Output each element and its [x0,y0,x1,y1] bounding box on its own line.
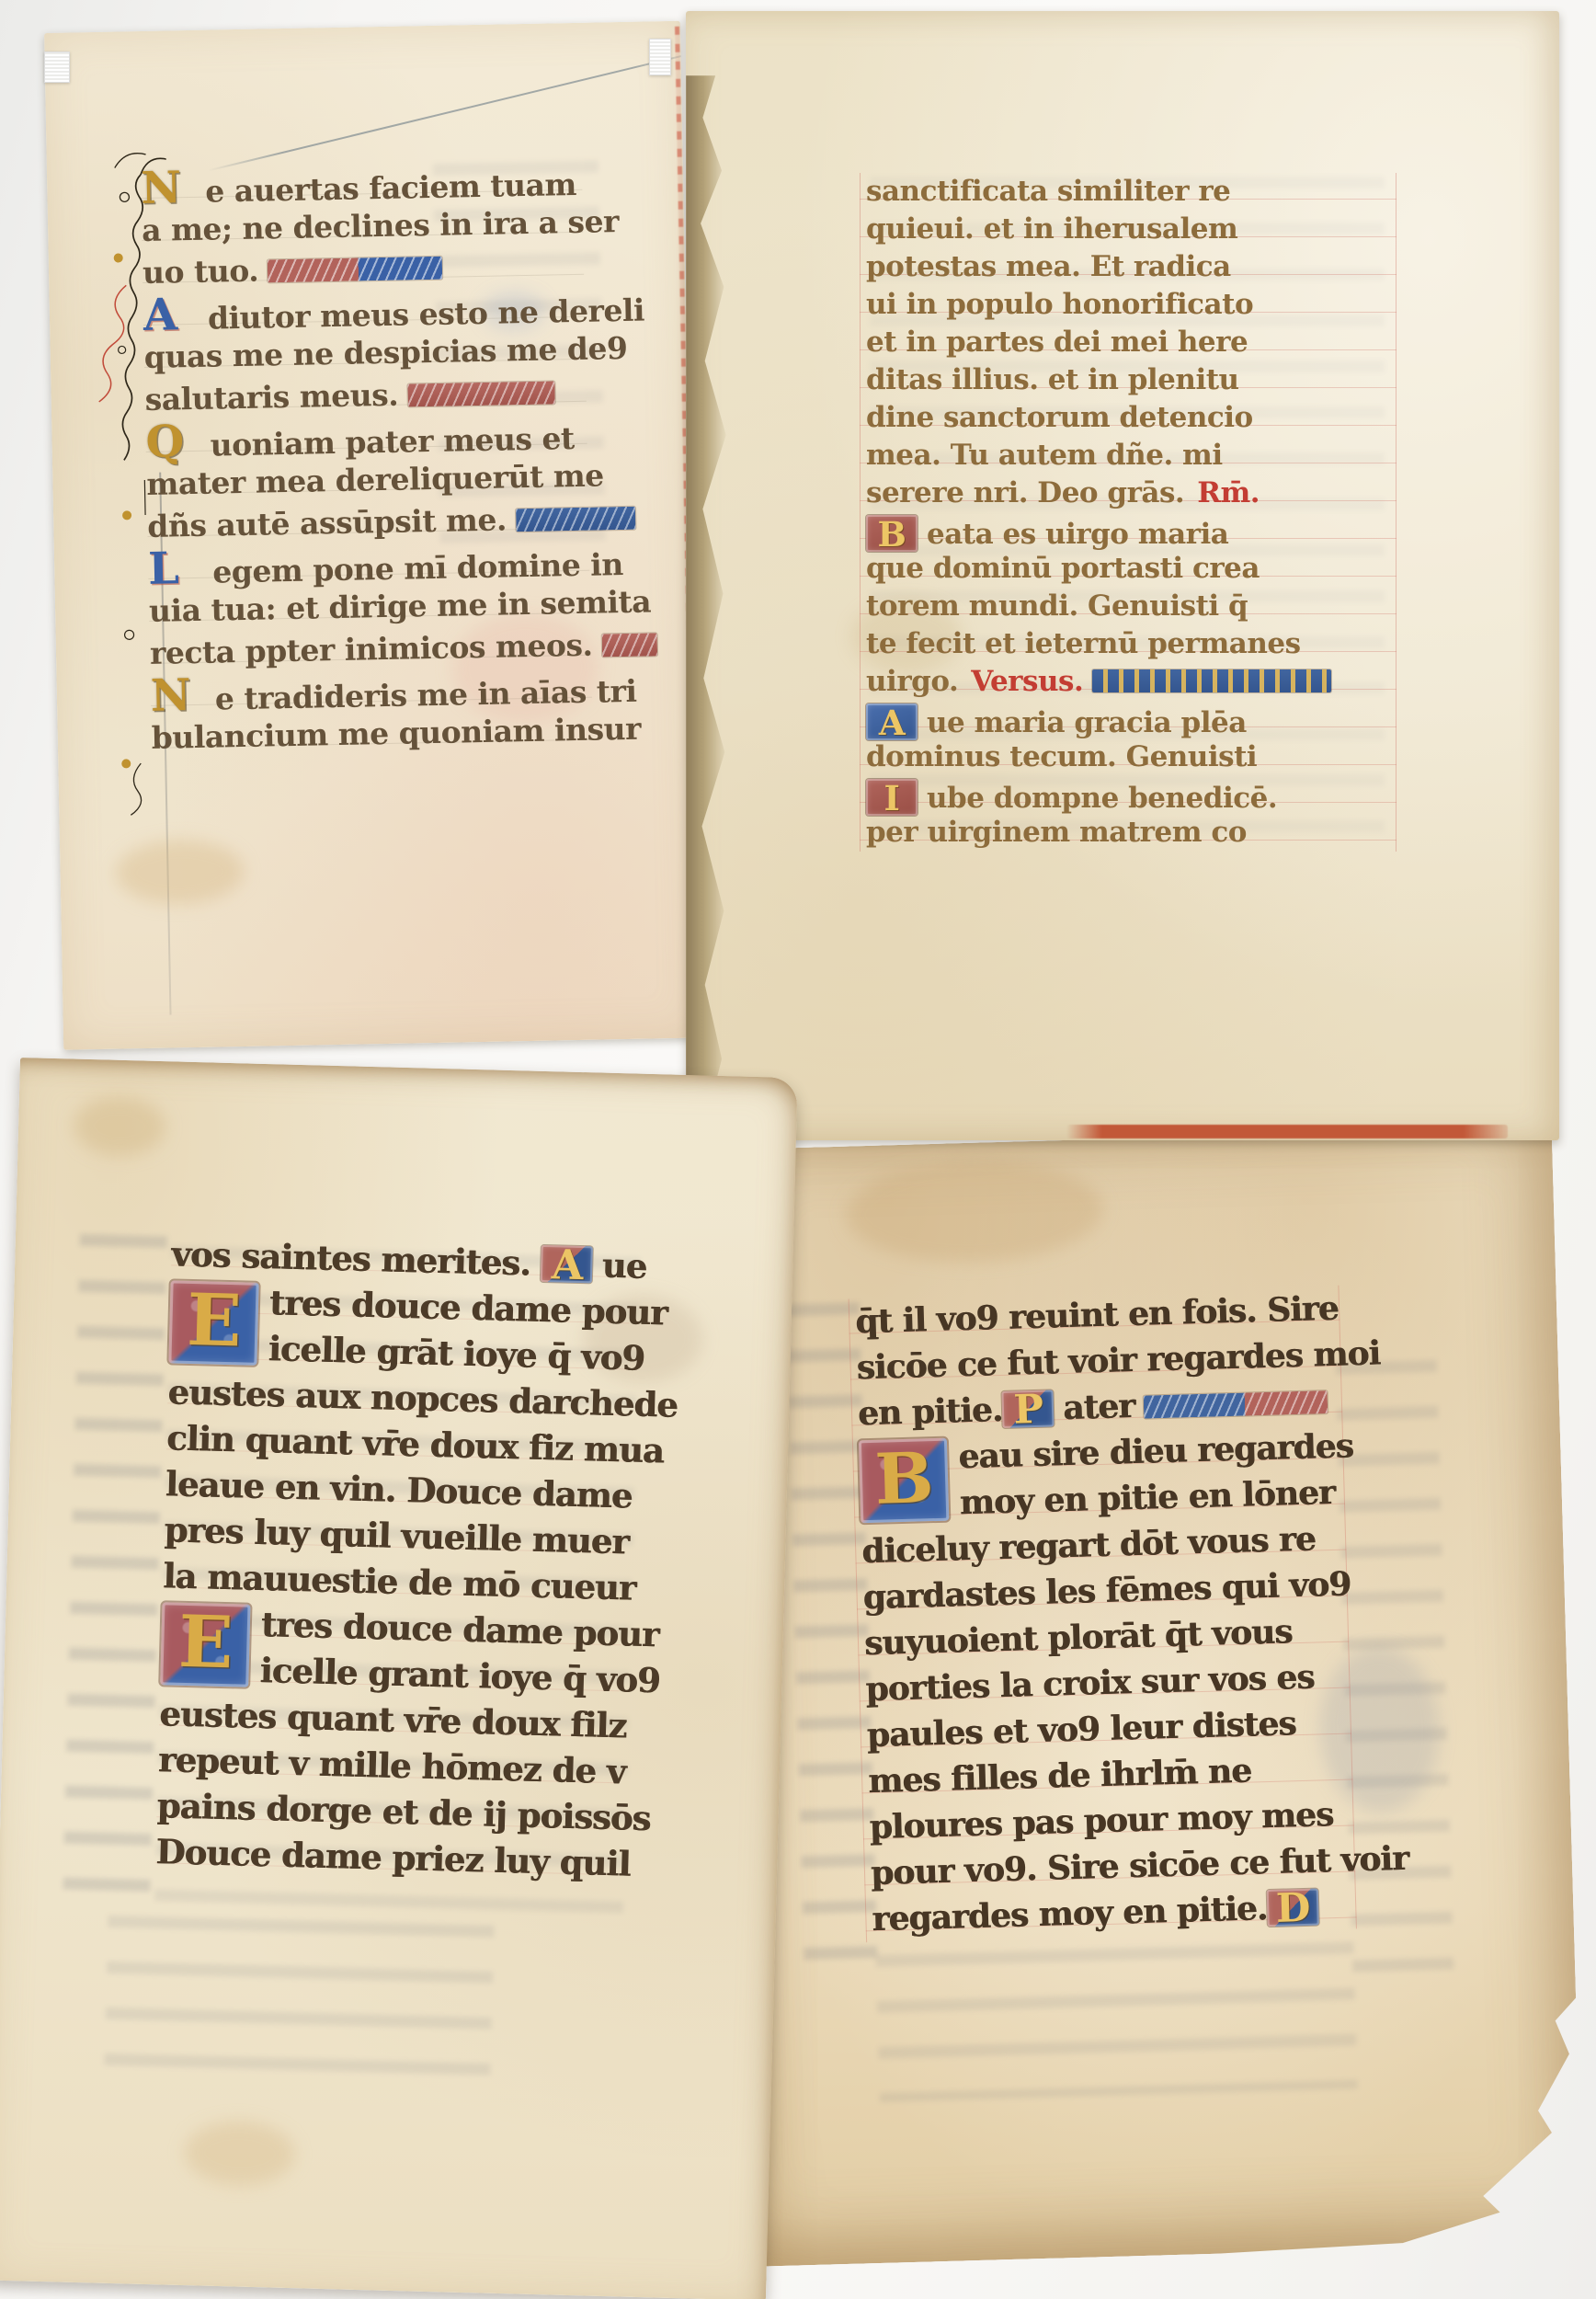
manuscript-text: ditas illius. et in plenitu [866,363,1239,396]
manuscript-text: a me; ne declines in ira a ser [142,203,620,248]
manuscript-text: ue [601,1245,647,1287]
manuscript-text: ube dompne benedicē. [927,782,1277,815]
text-line: Aue maria gracia plēa [866,701,1390,738]
text-line: ditas illius. et in plenitu [866,361,1390,399]
manuscript-leaf-top-left: Ne auertas faciem tuama me; ne declines … [44,21,700,1050]
manuscript-text: mes filles de ihrlm̄ ne [868,1752,1252,1801]
stray-thread [208,49,700,172]
text-line: uirgo.Versus. [866,663,1390,701]
manuscript-text: icelle grāt ioye q̄ vo9 [268,1328,644,1378]
manuscript-text: uirgo. [866,665,958,698]
manuscript-text: quieui. et in iherusalem [866,212,1237,246]
manuscript-text: mea. Tu autem dñe. mi [866,439,1223,472]
stain [845,1158,1105,1266]
line-filler [268,256,442,282]
manuscript-text: eata es uirgo maria [927,518,1228,551]
manuscript-text: moy en pitie en lōner [959,1473,1335,1522]
manuscript-text: que dominū portasti crea [866,552,1260,585]
illuminated-initial: N [150,674,215,717]
manuscript-text: suyuoient plorāt q̄t vous [863,1612,1292,1663]
manuscript-text: dominus tecum. Genuisti [866,740,1257,773]
manuscript-text: salutaris meus. [144,377,398,417]
leaf2-textblock: sanctificata similiter requieui. et in i… [860,173,1396,852]
manuscript-text: paules et vo9 leur distes [866,1704,1296,1755]
manuscript-text: potestas mea. Et radica [866,250,1231,283]
stain [184,2120,296,2187]
red-stained-bottom-edge [1066,1125,1508,1138]
text-line: ui in populo honorificato [866,286,1390,324]
manuscript-text: mater mea dereliquerūt me [146,457,604,502]
manuscript-text: per uirginem matrem co [866,816,1247,849]
manuscript-leaf-top-right: sanctificata similiter requieui. et in i… [686,11,1559,1140]
text-line: que dominū portasti crea [866,550,1390,588]
leaf3-textblock: vos saintes merites. AueEtres douce dame… [155,1230,632,1886]
manuscript-text: recta ppter inimicos meos. [150,627,593,671]
text-line: sanctificata similiter re [866,173,1390,211]
stain [73,1096,166,1158]
manuscript-text: ui in populo honorificato [866,288,1253,321]
manuscript-text: tres douce dame pour [269,1282,668,1333]
manuscript-text: uo tuo. [142,253,259,291]
line-filler [1144,1390,1328,1419]
line-filler [1092,669,1331,692]
text-line: et in partes dei mei here [866,324,1390,361]
manuscript-text: eau sire dieu regardes [958,1426,1353,1476]
manuscript-text: torem mundi. Genuisti q̄ [866,589,1248,623]
text-line: quieui. et in iherusalem [866,211,1390,248]
manuscript-text: quas me ne despicias me de9 [143,330,627,375]
photograph-of-manuscript-leaves: Ne auertas faciem tuama me; ne declines … [0,0,1596,2299]
manuscript-text: Douce dame priez luy quil [155,1831,631,1883]
manuscript-text: en pitie. [857,1390,1002,1433]
illuminated-initial: N [141,166,206,210]
show-through [876,1942,1358,2102]
text-line: dine sanctorum detencio [866,399,1390,437]
line-filler [601,633,656,657]
rubric-text: Versus. [971,665,1083,698]
illuminated-initial: Q [145,420,211,463]
illuminated-initial: A [142,293,208,337]
text-line: serere nri. Deo grās.Rm̄. [866,475,1390,512]
illuminated-initial: A [866,703,918,740]
text-line: per uirginem matrem co [866,814,1390,852]
manuscript-text: te fecit et ieternū permanes [866,627,1301,660]
illuminated-initial: P [1002,1390,1054,1428]
manuscript-leaf-bottom-right: q̄t il vo9 reuint en fois. Siresicōe ce … [734,1127,1583,2266]
show-through [63,1234,167,1907]
manuscript-text: serere nri. Deo grās. [866,476,1184,509]
show-through [104,1916,495,2091]
manuscript-text: uia tua: et dirige me in semita [149,583,652,628]
text-line: Beata es uirgo maria [866,512,1390,550]
manuscript-text: bulancium me quoniam insur [151,711,641,756]
line-filler [516,506,635,531]
text-line: bulancium me quoniam insur [151,709,593,760]
manuscript-text: ater [1063,1387,1135,1427]
rubric-text: Rm̄. [1197,476,1260,509]
manuscript-text: sanctificata similiter re [866,175,1230,208]
manuscript-leaf-bottom-left: vos saintes merites. AueEtres douce dame… [0,1058,798,2299]
manuscript-text: et in partes dei mei here [866,326,1248,359]
manuscript-text: regardes moy en pitie. [872,1889,1268,1939]
manuscript-text: vos saintes merites. [171,1233,541,1284]
text-line: dominus tecum. Genuisti [866,738,1390,776]
illuminated-initial: A [541,1245,593,1283]
manuscript-text: dñs autē assūpsit me. [147,501,507,543]
text-line: torem mundi. Genuisti q̄ [866,588,1390,625]
illuminated-initial: L [148,547,213,590]
illuminated-initial: B [866,515,918,552]
manuscript-text: tres douce dame pour [260,1604,659,1654]
text-line: te fecit et ieternū permanes [866,625,1390,663]
leaf4-textblock: q̄t il vo9 reuint en fois. Siresicōe ce … [849,1286,1357,1943]
text-line: potestas mea. Et radica [866,248,1390,286]
text-line: mea. Tu autem dñe. mi [866,437,1390,475]
manuscript-text: dine sanctorum detencio [866,401,1253,434]
manuscript-text: ue maria gracia plēa [927,706,1247,739]
manuscript-text: icelle grant ioye q̄ vo9 [259,1650,660,1700]
illuminated-initial: D [1267,1889,1319,1927]
text-line: Iube dompne benedicē. [866,776,1390,814]
torn-gutter-edge [686,75,728,1133]
line-filler [407,381,554,406]
mounting-tag [44,51,70,83]
stain [115,839,245,906]
mounting-tag [649,39,671,75]
leaf1-textblock: Ne auertas faciem tuama me; ne declines … [141,159,593,760]
illuminated-initial: I [866,779,918,816]
